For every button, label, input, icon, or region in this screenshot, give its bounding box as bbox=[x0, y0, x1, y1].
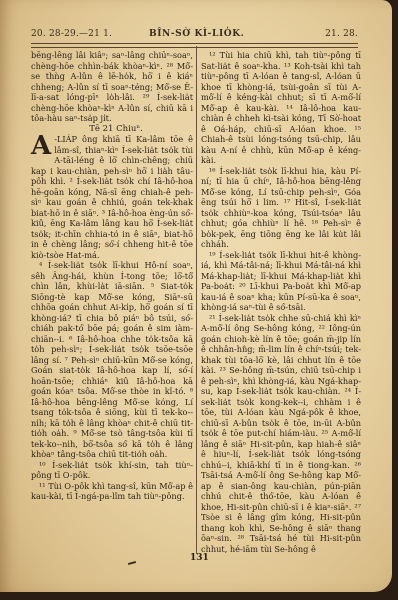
column-divider bbox=[196, 46, 197, 554]
verse-paragraph: ¹⁹ Í-sek-lia̍t tso̍k lī-khui hit-ê khòng… bbox=[201, 250, 361, 313]
drop-cap: A bbox=[31, 135, 51, 157]
verse-paragraph: ¹⁰ Í-sek-lia̍t tso̍k khí-sin, tah tiùⁿ-p… bbox=[31, 460, 193, 481]
verse-paragraph: ⁴ Í-sek-lia̍t tso̍k lī-khui Hô-ní soaⁿ, … bbox=[31, 260, 193, 460]
verse-paragraph: A-LIÁP ông khiā tī Ka-lâm tōe ê lâm-sî, … bbox=[31, 134, 193, 260]
right-column: ¹² Tùi hia chiū khì, tah tiùⁿ-pông tī Sa… bbox=[201, 50, 361, 554]
chapter-heading: Tē 21 Chiuⁿ. bbox=[31, 124, 193, 135]
verse-paragraph: ²¹ Í-sek-lia̍t tso̍k chhe sū-chiá khì kì… bbox=[201, 313, 361, 555]
verse-paragraph: ¹⁶ Í-sek-lia̍t tso̍k lī-khui hia, kàu Pí… bbox=[201, 166, 361, 250]
header-right-reference: 21. 28. bbox=[325, 29, 358, 39]
left-column: bēng-lêng lâi kiâⁿ; saⁿ-lâng chiūⁿ-soaⁿ,… bbox=[31, 50, 193, 502]
verse-paragraph: ¹² Tùi hia chiū khì, tah tiùⁿ-pông tī Sa… bbox=[201, 50, 361, 166]
header-book-title: BÎN-SÒ͘ KÌ-LIO̍K. bbox=[149, 29, 244, 39]
book-page: 20. 28-29.—21 1. BÎN-SÒ͘ KÌ-LIO̍K. 21. 2… bbox=[0, 0, 392, 592]
verse-paragraph: ¹¹ Tùi O-pôk khì tang-sî, kūn Mô͘-ap ê k… bbox=[31, 481, 193, 502]
header-left-reference: 20. 28-29.—21 1. bbox=[31, 29, 112, 39]
header-double-rule bbox=[31, 43, 358, 48]
verse-text: -LIÁP ông khiā tī Ka-lâm tōe ê lâm-sî, t… bbox=[31, 134, 193, 260]
ink-mark bbox=[128, 561, 136, 565]
page-number: 131 bbox=[190, 553, 209, 563]
running-header: 20. 28-29.—21 1. BÎN-SÒ͘ KÌ-LIO̍K. 21. 2… bbox=[31, 29, 358, 43]
chapter-20-continuation: bēng-lêng lâi kiâⁿ; saⁿ-lâng chiūⁿ-soaⁿ,… bbox=[31, 50, 193, 124]
